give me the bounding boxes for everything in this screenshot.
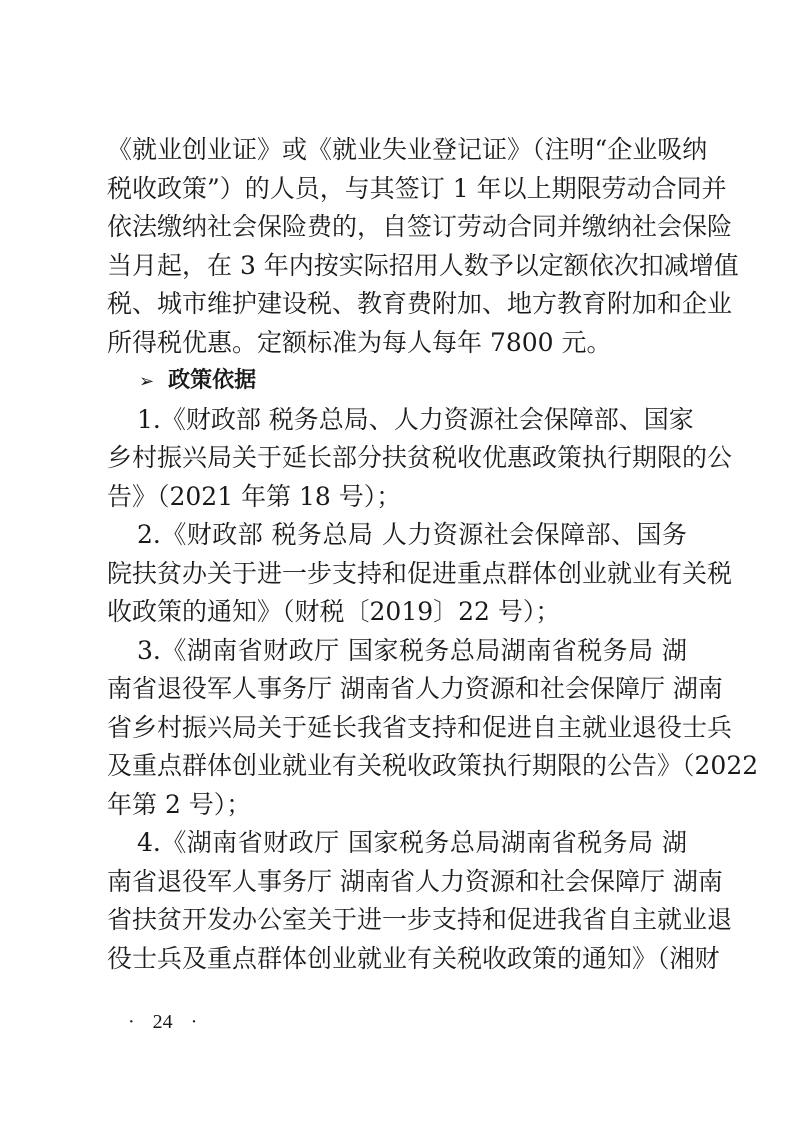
section-heading: ➢政策依据	[107, 362, 687, 401]
text-line: 告》（2021 年第 18 号）；	[107, 478, 687, 517]
arrow-bullet-icon: ➢	[139, 363, 154, 402]
dot-separator-icon: ·	[128, 1011, 135, 1034]
section-heading-title: 政策依据	[168, 368, 256, 393]
text-line: 所得税优惠。定额标准为每人每年 7800 元。	[107, 324, 687, 363]
reference-item-3: 3.《湖南省财政厅 国家税务总局湖南省税务局 湖 南省退役军人事务厅 湖南省人力…	[107, 632, 687, 825]
text-line: 役士兵及重点群体创业就业有关税收政策的通知》（湘财	[107, 940, 687, 979]
text-line: 省乡村振兴局关于延长我省支持和促进自主就业退役士兵	[107, 709, 687, 748]
reference-item-4: 4.《湖南省财政厅 国家税务总局湖南省税务局 湖 南省退役军人事务厅 湖南省人力…	[107, 824, 687, 978]
text-line: 4.《湖南省财政厅 国家税务总局湖南省税务局 湖	[107, 824, 687, 863]
text-line: 《就业创业证》或《就业失业登记证》（注明“企业吸纳	[107, 131, 687, 170]
text-line: 依法缴纳社会保险费的，自签订劳动合同并缴纳社会保险	[107, 208, 687, 247]
reference-item-2: 2.《财政部 税务总局 人力资源社会保障部、国务 院扶贫办关于进一步支持和促进重…	[107, 516, 687, 632]
text-line: 及重点群体创业就业有关税收政策执行期限的公告》（2022	[107, 747, 687, 786]
text-line: 税、城市维护建设税、教育费附加、地方教育附加和企业	[107, 285, 687, 324]
text-line: 南省退役军人事务厅 湖南省人力资源和社会保障厅 湖南	[107, 863, 687, 902]
reference-item-1: 1.《财政部 税务总局、人力资源社会保障部、国家 乡村振兴局关于延长部分扶贫税收…	[107, 401, 687, 517]
text-line: 院扶贫办关于进一步支持和促进重点群体创业就业有关税	[107, 555, 687, 594]
text-line: 南省退役军人事务厅 湖南省人力资源和社会保障厅 湖南	[107, 670, 687, 709]
dot-separator-icon: ·	[191, 1011, 198, 1034]
text-line: 当月起，在 3 年内按实际招用人数予以定额依次扣减增值	[107, 247, 687, 286]
text-line: 收政策的通知》（财税〔2019〕22 号）；	[107, 593, 687, 632]
text-line: 乡村振兴局关于延长部分扶贫税收优惠政策执行期限的公	[107, 439, 687, 478]
page-number-footer: ·24·	[110, 1011, 215, 1034]
intro-paragraph: 《就业创业证》或《就业失业登记证》（注明“企业吸纳 税收政策”）的人员，与其签订…	[107, 131, 687, 362]
text-line: 1.《财政部 税务总局、人力资源社会保障部、国家	[107, 401, 687, 440]
text-line: 税收政策”）的人员，与其签订 1 年以上期限劳动合同并	[107, 170, 687, 209]
text-line: 3.《湖南省财政厅 国家税务总局湖南省税务局 湖	[107, 632, 687, 671]
text-line: 省扶贫开发办公室关于进一步支持和促进我省自主就业退	[107, 901, 687, 940]
text-line: 年第 2 号）；	[107, 786, 687, 825]
page-number: 24	[153, 1011, 173, 1033]
text-line: 2.《财政部 税务总局 人力资源社会保障部、国务	[107, 516, 687, 555]
document-page: 《就业创业证》或《就业失业登记证》（注明“企业吸纳 税收政策”）的人员，与其签订…	[107, 131, 687, 978]
